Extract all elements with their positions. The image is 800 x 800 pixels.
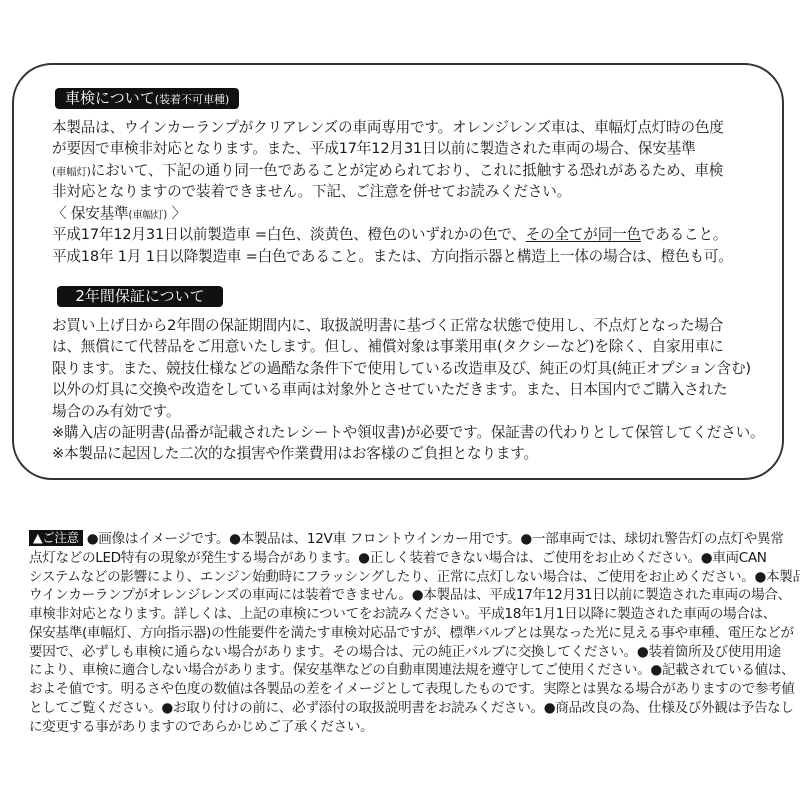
notice-line: ▲ご注意●画像はイメージです。●本製品は、12V車 フロントウインカー用です。●… [29,530,779,549]
text-prefix: (車幅灯) [52,166,91,178]
inspection-paragraph: 本製品は、ウインカーランプがクリアレンズの車両専用です。オレンジレンズ車は、車幅… [52,117,772,203]
notice-line: システムなどの影響により、エンジン始動時にフラッシングしたり、正常に点灯しない場… [29,568,779,587]
heading-close: 〉 [167,205,186,222]
text-line: (車幅灯)において、下記の通り同一色であることが定められており、これに抵触する恐… [52,160,772,181]
notice-line: ウインカーランプがオレンジレンズの車両には装着できません。●本製品は、平成17年… [29,586,779,605]
text-body: において、下記の通り同一色であることが定められており、これに抵触する恐れがあるた… [91,162,723,179]
inspection-badge-title: 車検について [65,89,155,107]
warranty-badge: 2年間保証について [57,286,223,307]
notice-line: およそ値です。明るさや色度の数値は各製品の差をイメージとして表現したものです。実… [29,680,779,699]
warranty-badge-title: 2年間保証について [75,287,204,305]
text-line: 非対応となりますので装着できません。下記、ご注意を併せてお読みください。 [52,181,772,202]
text-line: は、無償にて代替品をご用意いたします。但し、補償対象は事業用車(タクシーなど)を… [52,336,772,357]
text-line: 以外の灯具に交換や改造をしている車両は対象外とさせていただきます。また、日本国内… [52,379,772,400]
warranty-paragraph: お買い上げ日から2年間の保証期間内に、取扱説明書に基づく正常な状態で使用し、不点… [52,315,772,465]
caution-notice: ▲ご注意●画像はイメージです。●本製品は、12V車 フロントウインカー用です。●… [29,530,779,736]
safety-standard-heading: 〈 保安基準(車幅灯) 〉 [52,203,772,224]
inspection-badge-subtitle: (装着不可車種) [155,93,230,106]
standard-text-suffix: であること。 [641,226,727,243]
notice-line: 点灯などのLED特有の現象が発生する場合があります。●正しく装着できない場合は、… [29,549,779,568]
warning-triangle-icon: ▲ご注意 [29,530,83,546]
safety-standard-block: 〈 保安基準(車幅灯) 〉 平成17年12月31日以前製造車 =白色、淡黄色、橙… [52,203,772,267]
notice-line: としてご覧ください。●お取り付けの前に、必ず添付の取扱説明書をお読みください。●… [29,699,779,718]
notice-line: 車検非対応となります。詳しくは、上記の車検についてをお読みください。平成18年1… [29,605,779,624]
notice-text: ●画像はイメージです。●本製品は、12V車 フロントウインカー用です。●一部車両… [87,531,784,547]
standard-line-post-2006: 平成18年 1月 1日以降製造車 =白色であること。または、方向指示器と構造上一… [52,246,772,267]
text-line: 限ります。また、競技仕様などの過酷な条件下で使用している改造車及び、純正の灯具(… [52,358,772,379]
text-line: が要因で車検非対応となります。また、平成17年12月31日以前に製造された車両の… [52,138,772,159]
text-line: ※購入店の証明書(品番が記載されたレシートや領収書)が必要です。保証書の代わりと… [52,422,772,443]
text-line: お買い上げ日から2年間の保証期間内に、取扱説明書に基づく正常な状態で使用し、不点… [52,315,772,336]
notice-line: 保安基準(車幅灯、方向指示器)の性能要件を満たす車検対応品ですが、標準バルブとは… [29,624,779,643]
notice-line: 要因で、必ずしも車検に通らない場合があります。その場合は、元の純正バルブに交換し… [29,643,779,662]
heading-sub: (車幅灯) [128,209,167,221]
text-line: ※本製品に起因した二次的な損害や作業費用はお客様のご負担となります。 [52,443,772,464]
notice-line: により、車検に適合しない場合があります。保安基準などの自動車関連法規を遵守してご… [29,661,779,680]
heading-text: 〈 保安基準 [52,205,128,222]
notice-line: に変更する事がありますのであらかじめご了承ください。 [29,718,779,737]
standard-underlined-text: その全てが同一色 [526,226,641,243]
standard-line-pre-2006: 平成17年12月31日以前製造車 =白色、淡黄色、橙色のいずれかの色で、その全て… [52,224,772,245]
text-line: 場合のみ有効です。 [52,401,772,422]
standard-text: 平成17年12月31日以前製造車 =白色、淡黄色、橙色のいずれかの色で、 [52,226,526,243]
text-line: 本製品は、ウインカーランプがクリアレンズの車両専用です。オレンジレンズ車は、車幅… [52,117,772,138]
inspection-badge: 車検について(装着不可車種) [55,88,239,109]
